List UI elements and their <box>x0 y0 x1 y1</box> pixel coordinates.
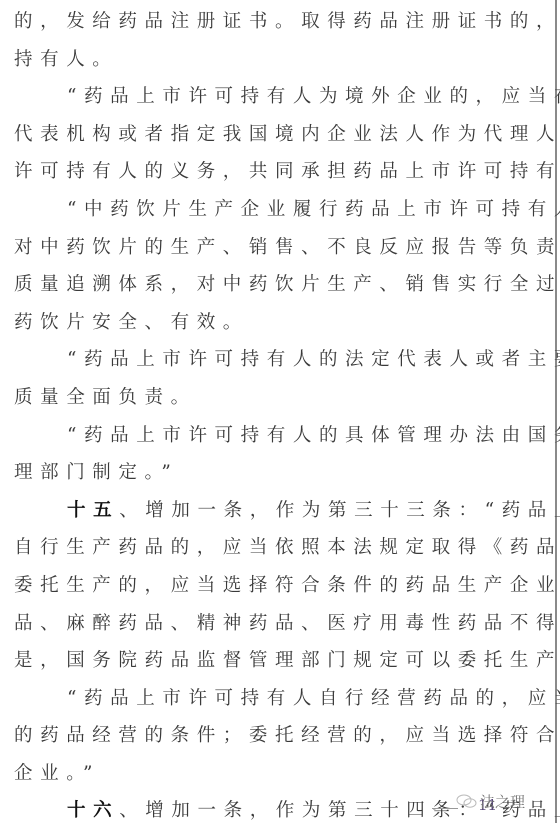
footer-rule <box>432 808 458 809</box>
text-line: 许可持有人的义务，共同承担药品上市许可持有人的责任。 <box>14 153 554 191</box>
section-number: 十六 <box>67 800 119 821</box>
line-text: 的，发给药品注册证书。取得药品注册证书的，为药品上市许可 <box>14 11 560 32</box>
text-line: 自行生产药品的，应当依照本法规定取得《药品生产许可证》； <box>14 529 554 567</box>
text-line: “药品上市许可持有人的法定代表人或者主要负责人对药品 <box>14 341 554 379</box>
text-line: 理部门制定。” <box>14 454 554 492</box>
line-text: “药品上市许可持有人的具体管理办法由国务院药品监督管 <box>67 425 560 446</box>
line-text: 药饮片安全、有效。 <box>14 312 249 333</box>
line-text: “药品上市许可持有人自行经营药品的，应当具备本法规定 <box>67 688 560 709</box>
watermark-text: 法之理 <box>480 791 525 812</box>
text-line: 质量追溯体系，对中药饮片生产、销售实行全过程管理，保证中 <box>14 266 554 304</box>
text-line: “中药饮片生产企业履行药品上市许可持有人的相关义务， <box>14 191 554 229</box>
line-text: 代表机构或者指定我国境内企业法人作为代理人，履行药品上市 <box>14 124 560 145</box>
text-line: “药品上市许可持有人为境外企业的，应当在我国境内设立 <box>14 78 554 116</box>
text-line: 品、麻醉药品、精神药品、医疗用毒性药品不得委托生产；但 <box>14 605 554 643</box>
section-number: 十五 <box>67 500 119 521</box>
text-line: “药品上市许可持有人的具体管理办法由国务院药品监督管 <box>14 417 554 455</box>
text-line: 持有人。 <box>14 41 554 79</box>
line-text: 企业。” <box>14 763 100 784</box>
line-text: “中药饮片生产企业履行药品上市许可持有人的相关义务， <box>67 199 560 220</box>
document-body: 的，发给药品注册证书。取得药品注册证书的，为药品上市许可持有人。“药品上市许可持… <box>14 3 554 823</box>
document-page: 的，发给药品注册证书。取得药品注册证书的，为药品上市许可持有人。“药品上市许可持… <box>0 0 557 823</box>
line-text: 、增加一条，作为第三十三条：“药品上市许可持有人 <box>119 500 560 521</box>
text-line: “药品上市许可持有人自行经营药品的，应当具备本法规定 <box>14 680 554 718</box>
line-text: “药品上市许可持有人的法定代表人或者主要负责人对药品 <box>67 349 560 370</box>
line-text: 质量追溯体系，对中药饮片生产、销售实行全过程管理，保证中 <box>14 274 560 295</box>
line-text: 品、麻醉药品、精神药品、医疗用毒性药品不得委托生产；但 <box>14 613 560 634</box>
line-text: 对中药饮片的生产、销售、不良反应报告等负责；建立中药饮片 <box>14 237 560 258</box>
watermark: 法之理 <box>456 790 525 812</box>
text-line: 质量全面负责。 <box>14 379 554 417</box>
text-line: 的药品经营的条件；委托经营的，应当选择符合条件的药品经营 <box>14 717 554 755</box>
text-line: 委托生产的，应当选择符合条件的药品生产企业。疫苗、血液制 <box>14 567 554 605</box>
line-text: “药品上市许可持有人为境外企业的，应当在我国境内设立 <box>67 86 560 107</box>
line-text: 理部门制定。” <box>14 462 178 483</box>
text-line: 对中药饮片的生产、销售、不良反应报告等负责；建立中药饮片 <box>14 229 554 267</box>
line-text: 质量全面负责。 <box>14 387 197 408</box>
line-text: 是，国务院药品监督管理部门规定可以委托生产的情形除外。 <box>14 650 560 671</box>
line-text: 委托生产的，应当选择符合条件的药品生产企业。疫苗、血液制 <box>14 575 560 596</box>
text-line: 是，国务院药品监督管理部门规定可以委托生产的情形除外。 <box>14 642 554 680</box>
line-text: 持有人。 <box>14 49 118 70</box>
text-line: 企业。” <box>14 755 554 793</box>
wechat-icon <box>456 794 478 808</box>
line-text: 许可持有人的义务，共同承担药品上市许可持有人的责任。 <box>14 161 560 182</box>
text-line: 十五、增加一条，作为第三十三条：“药品上市许可持有人 <box>14 492 554 530</box>
text-line: 代表机构或者指定我国境内企业法人作为代理人，履行药品上市 <box>14 116 554 154</box>
text-line: 药饮片安全、有效。 <box>14 304 554 342</box>
line-text: 自行生产药品的，应当依照本法规定取得《药品生产许可证》； <box>14 537 560 558</box>
line-text: 的药品经营的条件；委托经营的，应当选择符合条件的药品经营 <box>14 725 560 746</box>
text-line: 的，发给药品注册证书。取得药品注册证书的，为药品上市许可 <box>14 3 554 41</box>
